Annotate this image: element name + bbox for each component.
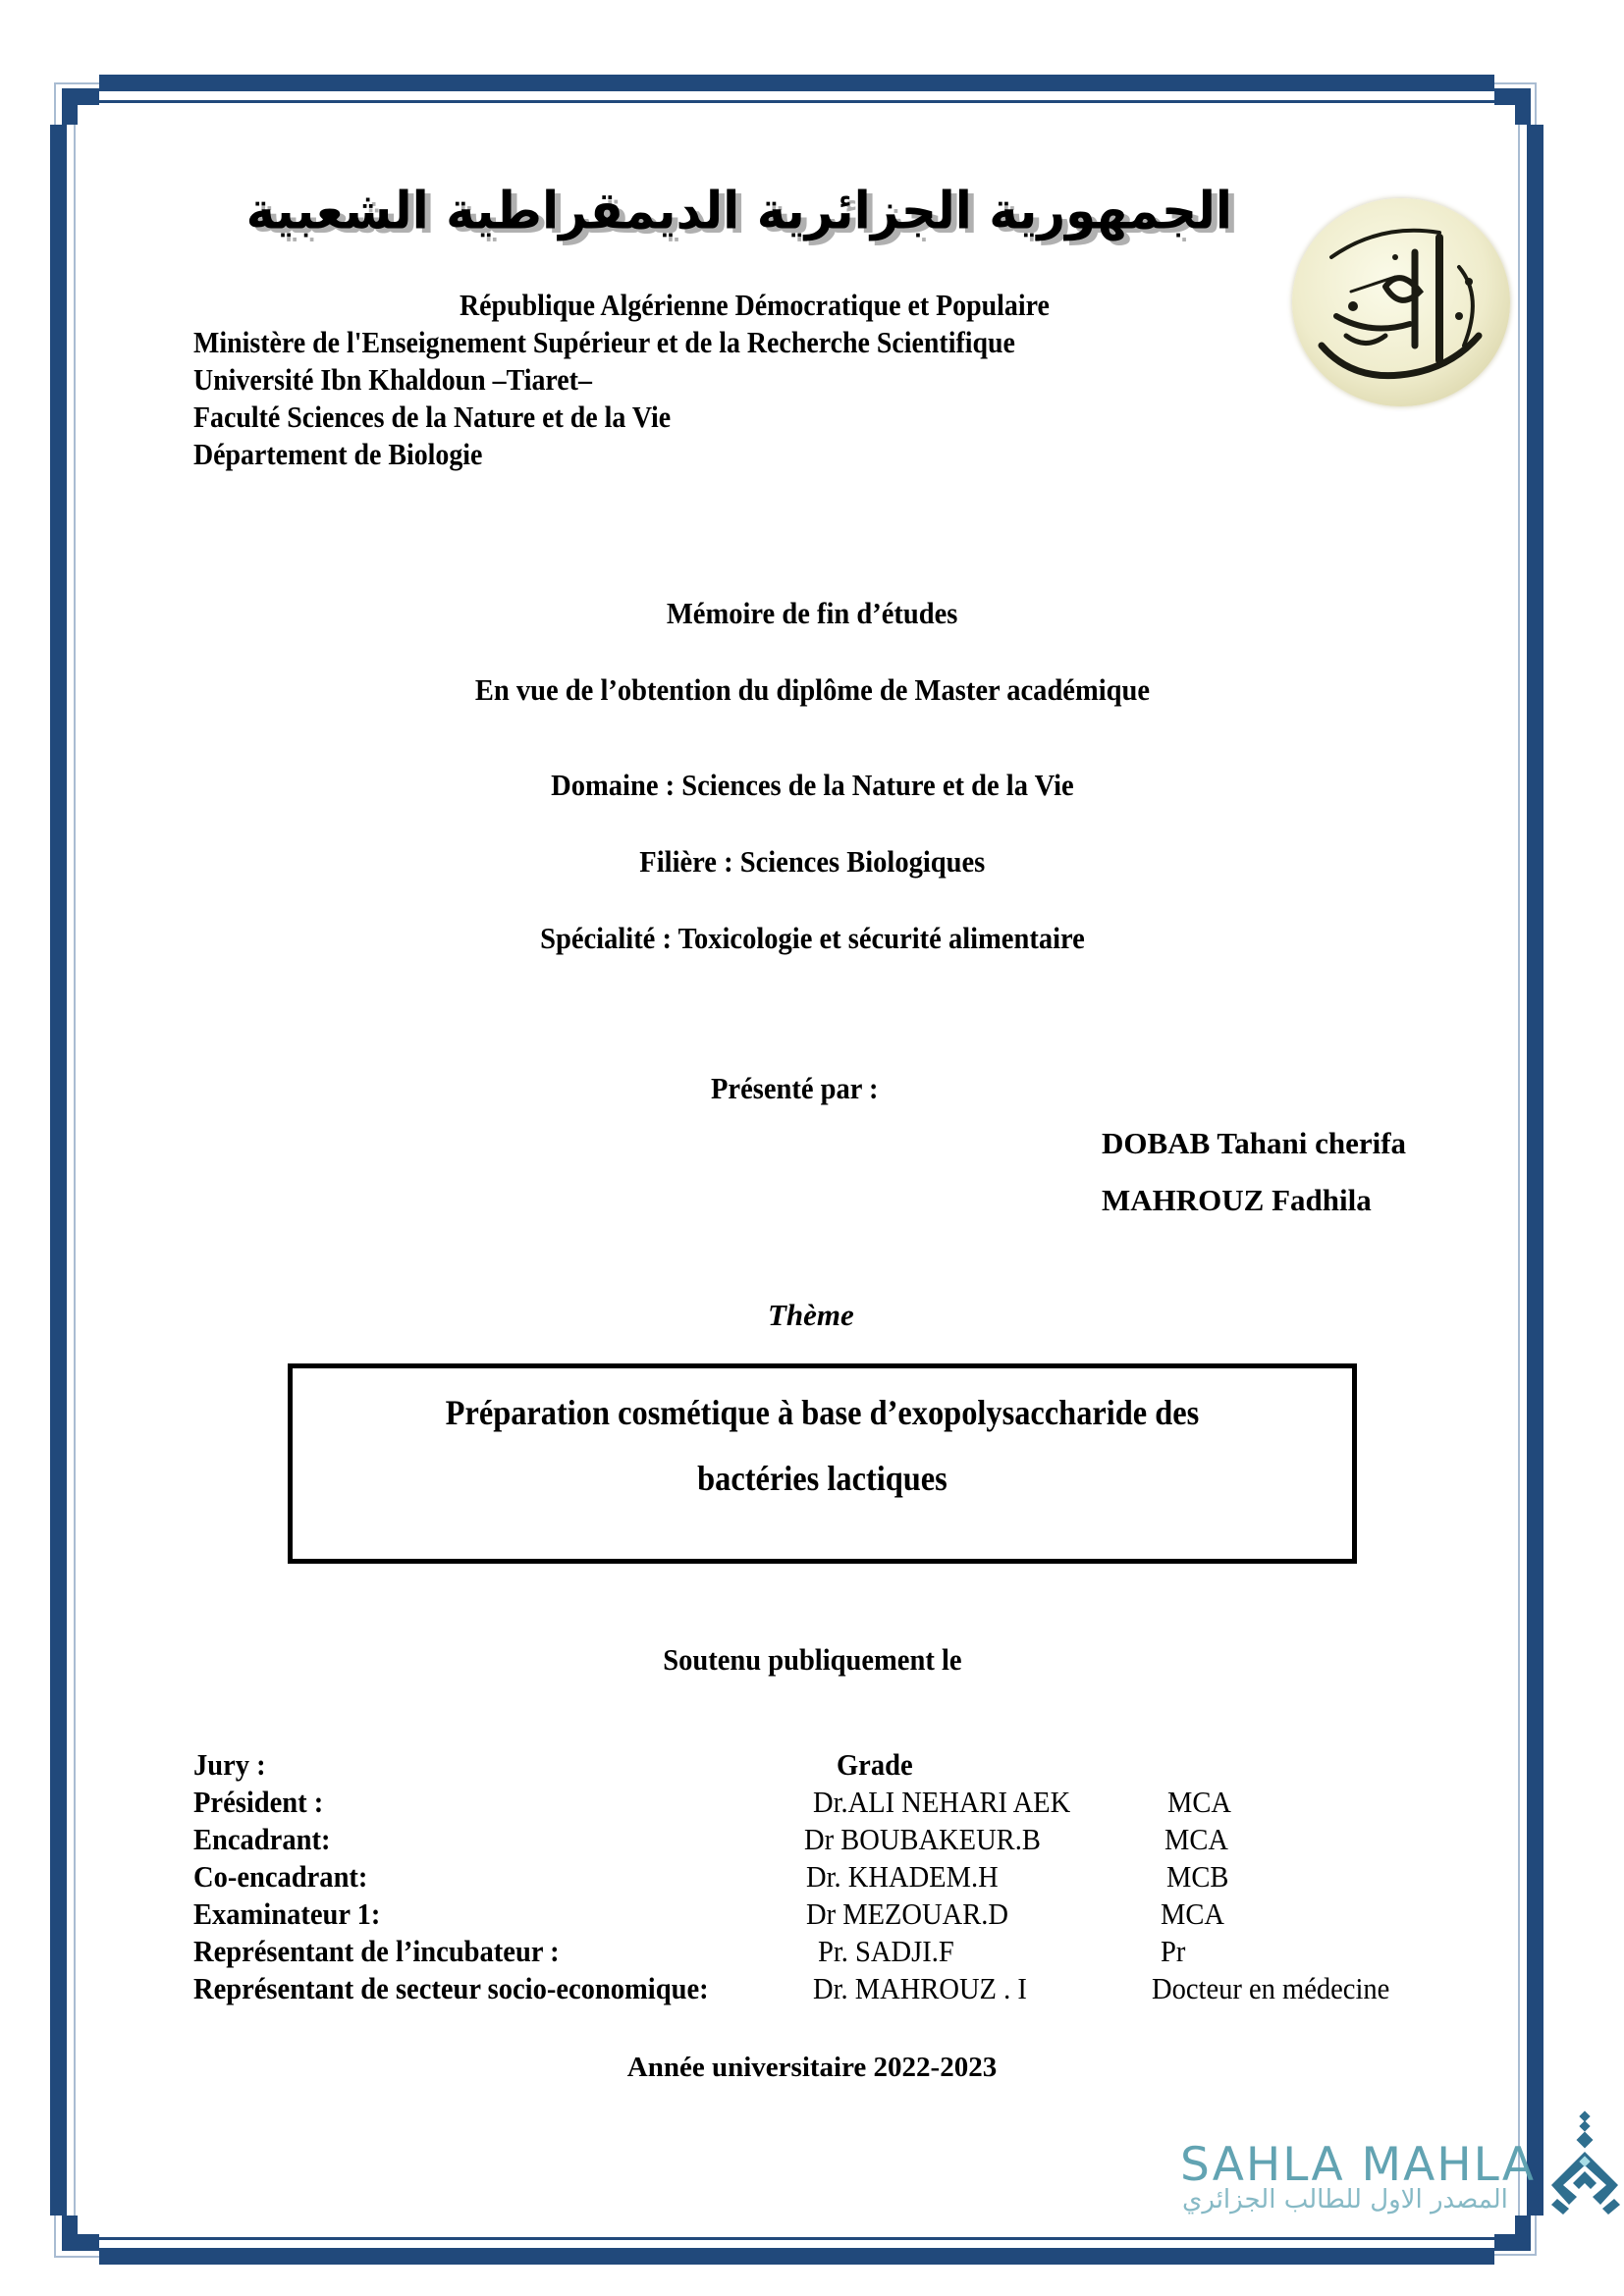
jury-role: Représentant de secteur socio-economique… bbox=[193, 1971, 709, 2006]
jury-member-name: Pr. SADJI.F bbox=[818, 1934, 954, 1969]
watermark-brand: SAHLA MAHLA bbox=[1180, 2138, 1536, 2192]
frame-corner-tl bbox=[54, 82, 56, 125]
arabic-republic-title: الجمهورية الجزائرية الديمقراطية الشعبية bbox=[388, 181, 1232, 253]
memoire-title: Mémoire de fin d’études bbox=[0, 596, 1624, 631]
frame-corner-tl bbox=[62, 88, 78, 125]
frame-bottom-bar bbox=[99, 2248, 1494, 2265]
specialite: Spécialité : Toxicologie et sécurité ali… bbox=[0, 921, 1624, 956]
jury-header-label: Jury : bbox=[193, 1747, 266, 1783]
frame-corner-bl bbox=[62, 2216, 78, 2251]
jury-member-name: Dr BOUBAKEUR.B bbox=[804, 1822, 1041, 1857]
frame-corner-tr bbox=[1535, 82, 1537, 125]
jury-member-grade: MCB bbox=[1166, 1859, 1228, 1895]
frame-corner-tr bbox=[1515, 88, 1531, 125]
author-name: DOBAB Tahani cherifa bbox=[1102, 1126, 1406, 1161]
memoire-subtitle: En vue de l’obtention du diplôme de Mast… bbox=[0, 672, 1624, 708]
jury-role: Représentant de l’incubateur : bbox=[193, 1934, 560, 1969]
frame-corner-br bbox=[1535, 2216, 1537, 2256]
jury-member-name: Dr. KHADEM.H bbox=[806, 1859, 999, 1895]
header-faculty: Faculté Sciences de la Nature et de la V… bbox=[193, 399, 671, 436]
frame-left-line bbox=[74, 125, 76, 2216]
frame-bottom-line bbox=[99, 2237, 1494, 2240]
frame-left-bar bbox=[50, 125, 67, 2216]
jury-member-grade: MCA bbox=[1164, 1822, 1228, 1857]
theme-box: Préparation cosmétique à base d’exopolys… bbox=[288, 1363, 1357, 1564]
jury-role: Co-encadrant: bbox=[193, 1859, 367, 1895]
frame-corner-tl bbox=[54, 82, 99, 84]
jury-member-name: Dr.ALI NEHARI AEK bbox=[813, 1785, 1070, 1820]
jury-header-grade: Grade bbox=[837, 1747, 913, 1783]
presented-by-label: Présenté par : bbox=[711, 1071, 879, 1106]
watermark-tagline: المصدر الاول للطالب الجزائري bbox=[1182, 2185, 1555, 2215]
academic-year: Année universitaire 2022-2023 bbox=[0, 2052, 1624, 2084]
university-seal-icon bbox=[1292, 198, 1510, 406]
frame-corner-bl bbox=[54, 2216, 56, 2258]
filiere: Filière : Sciences Biologiques bbox=[0, 844, 1624, 880]
jury-member-name: Dr. MAHROUZ . I bbox=[813, 1971, 1027, 2006]
frame-corner-tr bbox=[1494, 82, 1537, 84]
jury-role: Encadrant: bbox=[193, 1822, 330, 1857]
jury-member-grade: MCA bbox=[1161, 1896, 1224, 1932]
header-republic: République Algérienne Démocratique et Po… bbox=[460, 287, 1050, 324]
frame-corner-br bbox=[1494, 2254, 1537, 2256]
frame-right-line bbox=[1518, 125, 1520, 2216]
sahla-mahla-emblem-icon bbox=[1549, 2110, 1622, 2218]
theme-title-line: Préparation cosmétique à base d’exopolys… bbox=[293, 1392, 1352, 1433]
jury-member-grade: MCA bbox=[1167, 1785, 1231, 1820]
header-university: Université Ibn Khaldoun –Tiaret– bbox=[193, 361, 592, 399]
frame-top-line bbox=[99, 100, 1494, 103]
author-name: MAHROUZ Fadhila bbox=[1102, 1183, 1372, 1218]
jury-role: Président : bbox=[193, 1785, 323, 1820]
theme-title-line: bactéries lactiques bbox=[293, 1458, 1352, 1499]
header-ministry: Ministère de l'Enseignement Supérieur et… bbox=[193, 324, 1015, 361]
header-department: Département de Biologie bbox=[193, 436, 482, 473]
frame-corner-bl bbox=[54, 2256, 99, 2258]
frame-right-bar bbox=[1527, 125, 1543, 2216]
theme-label: Thème bbox=[768, 1298, 854, 1333]
defense-label: Soutenu publiquement le bbox=[0, 1642, 1624, 1678]
jury-member-name: Dr MEZOUAR.D bbox=[806, 1896, 1008, 1932]
frame-top-bar bbox=[99, 75, 1494, 91]
domaine: Domaine : Sciences de la Nature et de la… bbox=[0, 768, 1624, 803]
frame-corner-br bbox=[1515, 2216, 1531, 2251]
jury-role: Examinateur 1: bbox=[193, 1896, 380, 1932]
jury-member-grade: Pr bbox=[1161, 1934, 1185, 1969]
jury-member-grade: Docteur en médecine bbox=[1152, 1971, 1389, 2006]
